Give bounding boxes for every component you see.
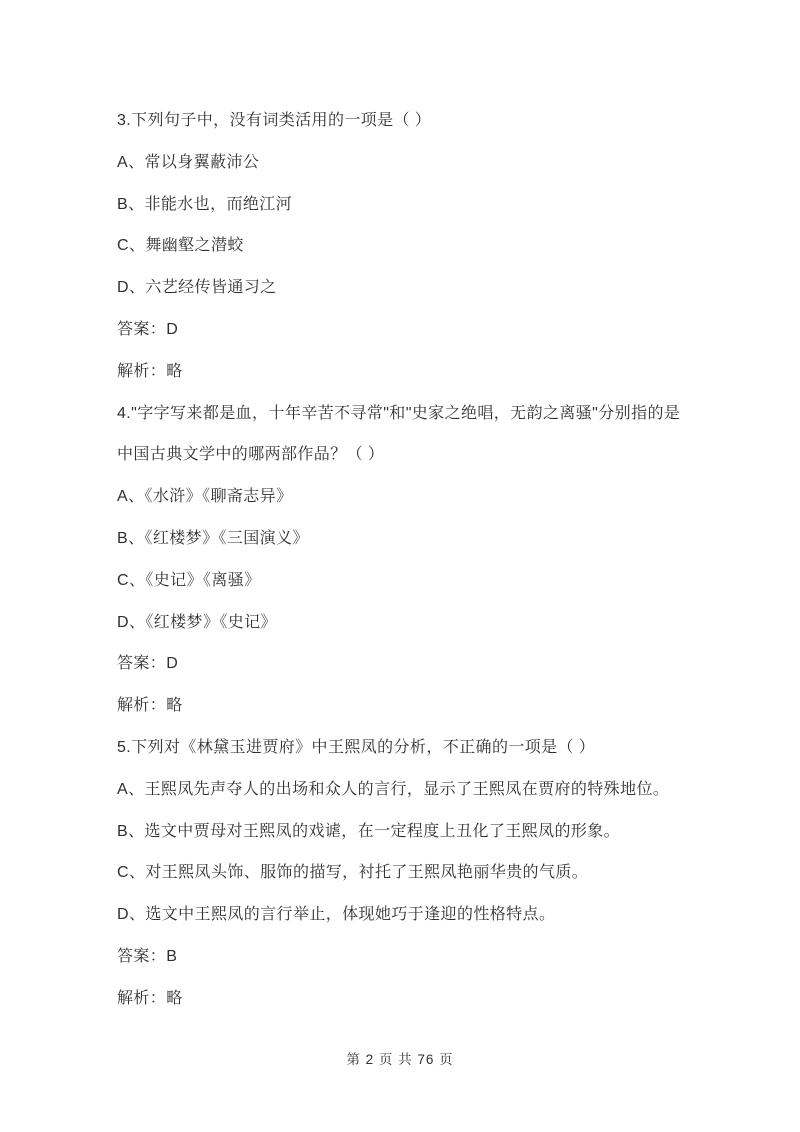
question-3: 3.下列句子中，没有词类活用的一项是（ ） A、常以身翼蔽沛公 B、非能水也，而… [117,100,757,393]
question-4-stem-line-1: 4."字字写来都是血，十年辛苦不寻常"和"史家之绝唱，无韵之离骚"分别指的是 [117,393,757,435]
page-number-label: 第 2 页 共 76 页 [346,1052,453,1067]
question-5-analysis: 解析：略 [117,978,757,1020]
exam-document-page: { "page": { "footer": "第 2 页 共 76 页" }, … [0,0,800,1132]
question-5-stem: 5.下列对《林黛玉进贾府》中王熙凤的分析，不正确的一项是（ ） [117,727,757,769]
question-5: 5.下列对《林黛玉进贾府》中王熙凤的分析，不正确的一项是（ ） A、王熙凤先声夺… [117,727,757,1020]
question-4-answer: 答案：D [117,643,757,685]
question-4-option-c: C、《史记》《离骚》 [117,560,757,602]
question-4-analysis: 解析：略 [117,685,757,727]
question-3-stem: 3.下列句子中，没有词类活用的一项是（ ） [117,100,757,142]
question-4-option-b: B、《红楼梦》《三国演义》 [117,518,757,560]
question-4-stem-line-2: 中国古典文学中的哪两部作品？（ ） [117,434,757,476]
question-3-option-c: C、舞幽壑之潜蛟 [117,225,757,267]
question-4-option-a: A、《水浒》《聊斋志异》 [117,476,757,518]
question-5-option-d: D、选文中王熙凤的言行举止，体现她巧于逢迎的性格特点。 [117,894,757,936]
question-5-option-a: A、王熙凤先声夺人的出场和众人的言行，显示了王熙凤在贾府的特殊地位。 [117,769,757,811]
question-3-analysis: 解析：略 [117,351,757,393]
question-3-option-b: B、非能水也，而绝江河 [117,184,757,226]
question-3-option-a: A、常以身翼蔽沛公 [117,142,757,184]
question-3-option-d: D、六艺经传皆通习之 [117,267,757,309]
question-5-option-c: C、对王熙凤头饰、服饰的描写，衬托了王熙凤艳丽华贵的气质。 [117,852,757,894]
questions-content: 3.下列句子中，没有词类活用的一项是（ ） A、常以身翼蔽沛公 B、非能水也，而… [117,100,757,1020]
question-4-option-d: D、《红楼梦》《史记》 [117,602,757,644]
page-footer: 第 2 页 共 76 页 [0,1050,800,1070]
question-4: 4."字字写来都是血，十年辛苦不寻常"和"史家之绝唱，无韵之离骚"分别指的是 中… [117,393,757,727]
question-3-answer: 答案：D [117,309,757,351]
question-5-option-b: B、选文中贾母对王熙凤的戏谑，在一定程度上丑化了王熙凤的形象。 [117,811,757,853]
question-5-answer: 答案：B [117,936,757,978]
